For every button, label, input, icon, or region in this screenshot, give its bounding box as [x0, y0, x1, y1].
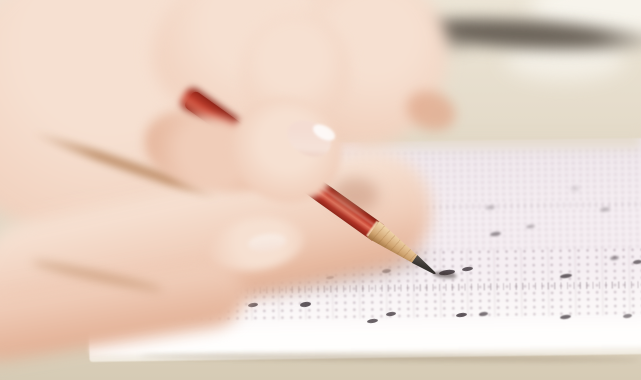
grip-shadow [332, 178, 378, 212]
photo-canvas [0, 0, 641, 380]
sheet-top-defocus [360, 134, 641, 154]
